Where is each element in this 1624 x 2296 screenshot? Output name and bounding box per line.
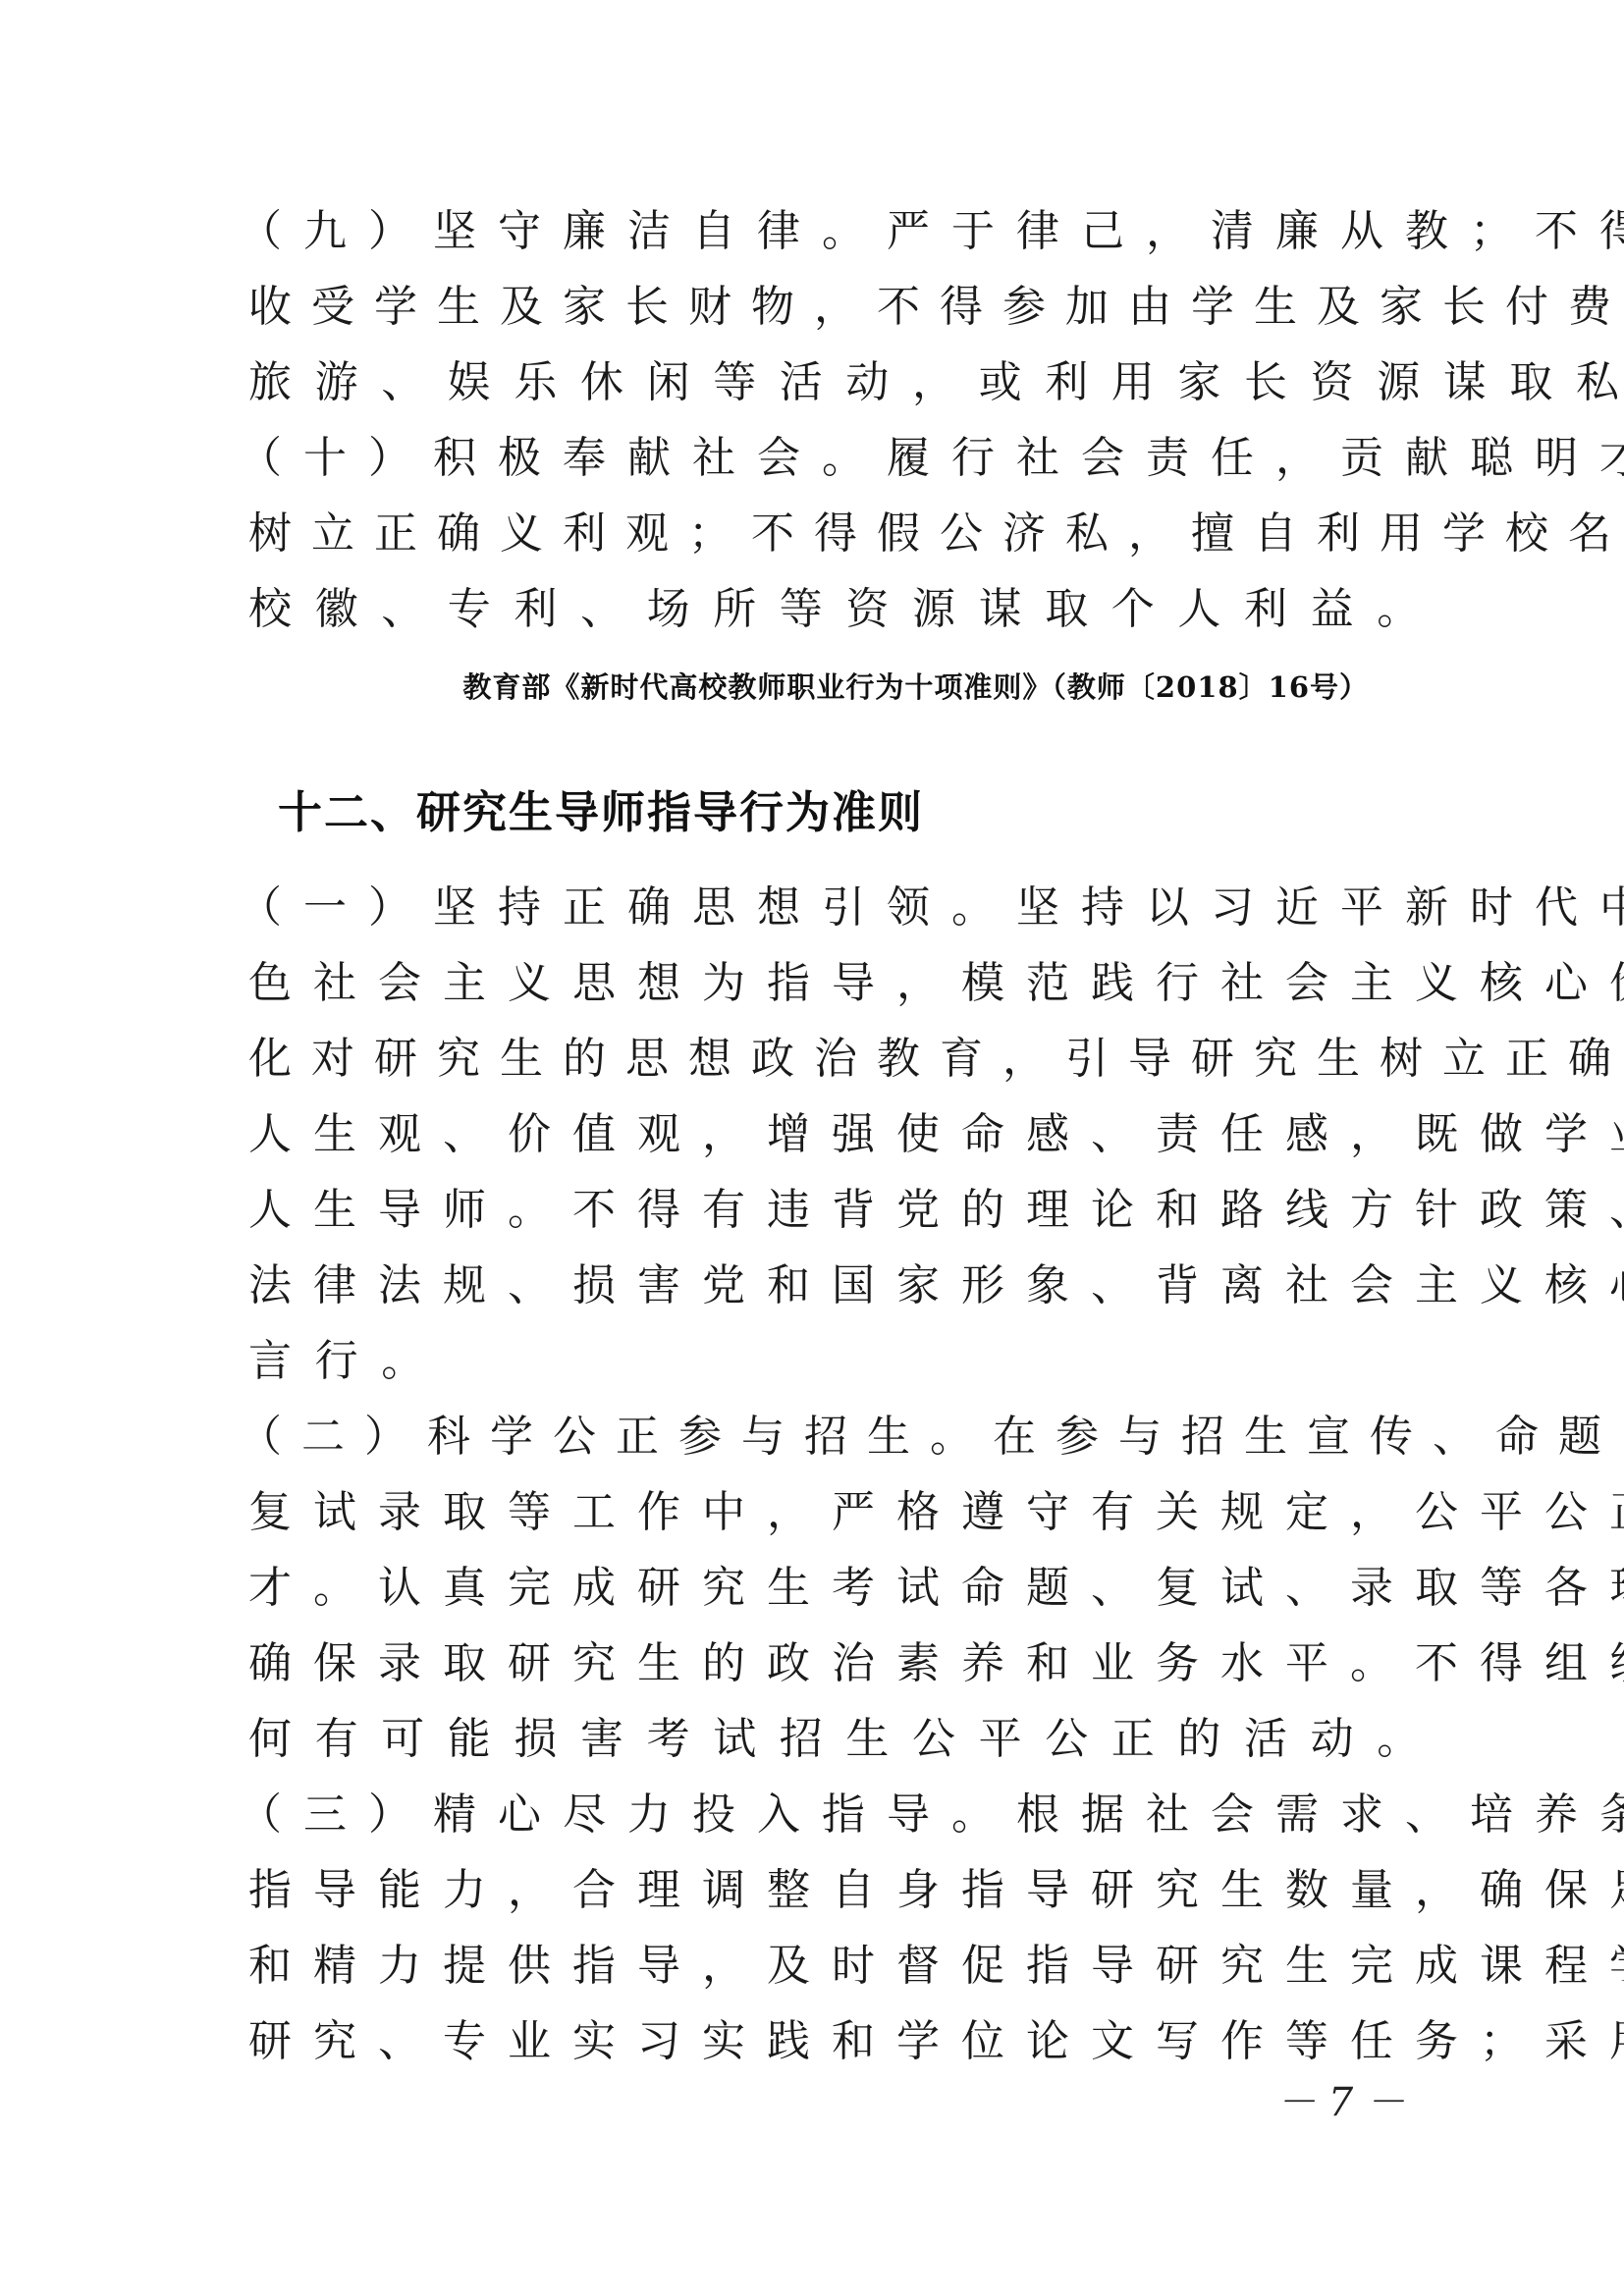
paragraph-line: 研究、专业实习实践和学位论文写作等任务；采用多种培养 [248, 2012, 1387, 2071]
paragraph-line: 树立正确义利观；不得假公济私，擅自利用学校名义或校名、 [248, 505, 1387, 563]
paragraph-line: 收受学生及家长财物，不得参加由学生及家长付费的宴请、 [248, 278, 1387, 337]
paragraph-line: 校徽、专利、场所等资源谋取个人利益。 [248, 580, 1387, 639]
paragraph-line: 指导能力，合理调整自身指导研究生数量，确保足够的时间 [248, 1861, 1387, 1920]
paragraph-line: （十）积极奉献社会。履行社会责任，贡献聪明才智， [239, 429, 1378, 488]
paragraph-line: 和精力提供指导，及时督促指导研究生完成课程学习、科学 [248, 1937, 1387, 1996]
paragraph-line: （二）科学公正参与招生。在参与招生宣传、命题阅卷、 [239, 1408, 1378, 1467]
section-heading: 十二、研究生导师指导行为准则 [278, 783, 924, 842]
paragraph-line: 才。认真完成研究生考试命题、复试、录取等各环节工作， [248, 1559, 1387, 1618]
paragraph-line: 人生导师。不得有违背党的理论和路线方针政策、违反国家 [248, 1181, 1387, 1240]
paragraph-line: （三）精心尽力投入指导。根据社会需求、培养条件和 [239, 1786, 1378, 1844]
paragraph-line: 何有可能损害考试招生公平公正的活动。 [248, 1710, 1387, 1769]
paragraph-line: 复试录取等工作中，严格遵守有关规定，公平公正，科学选 [248, 1483, 1387, 1542]
paragraph-line: 化对研究生的思想政治教育，引导研究生树立正确的世界观、 [248, 1030, 1387, 1089]
paragraph-line: 旅游、娱乐休闲等活动，或利用家长资源谋取私利。 [248, 353, 1387, 412]
paragraph-line: （一）坚持正确思想引领。坚持以习近平新时代中国特 [239, 879, 1378, 937]
paragraph-line: （九）坚守廉洁自律。严于律己，清廉从教；不得索要、 [239, 202, 1378, 261]
page-number: － 7 － [1276, 2078, 1405, 2127]
paragraph-line: 人生观、价值观，增强使命感、责任感，既做学业导师又做 [248, 1105, 1387, 1164]
document-page: （九）坚守廉洁自律。严于律己，清廉从教；不得索要、 收受学生及家长财物，不得参加… [0, 0, 1624, 2296]
paragraph-line: 法律法规、损害党和国家形象、背离社会主义核心价值观的 [248, 1256, 1387, 1315]
source-citation: 教育部《新时代高校教师职业行为十项准则》（教师〔2018〕16号） [462, 667, 1369, 707]
paragraph-line: 色社会主义思想为指导，模范践行社会主义核心价值观，强 [248, 954, 1387, 1013]
paragraph-line: 确保录取研究生的政治素养和业务水平。不得组织或参与任 [248, 1634, 1387, 1693]
paragraph-line: 言行。 [248, 1332, 1387, 1391]
